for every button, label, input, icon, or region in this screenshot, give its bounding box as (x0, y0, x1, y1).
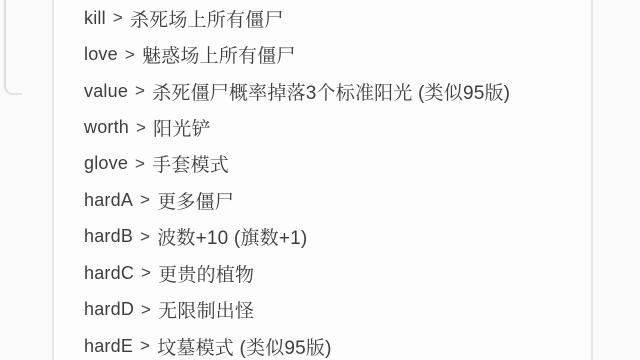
separator-chevron: > (136, 118, 146, 138)
separator-chevron: > (141, 263, 151, 283)
cheat-command: hardC (84, 263, 134, 284)
separator-chevron: > (113, 8, 123, 28)
cheat-command: love (84, 44, 118, 65)
cheat-row: hardA > 更多僵尸 (52, 182, 592, 218)
cheat-description: 坟墓模式 (类似95版) (157, 333, 331, 360)
cheat-command: hardA (84, 190, 133, 211)
separator-chevron: > (135, 81, 145, 101)
cheat-description: 阳光铲 (153, 114, 211, 141)
cheat-row: hardB > 波数+10 (旗数+1) (52, 219, 592, 255)
cheat-row: hardC > 更贵的植物 (52, 255, 592, 291)
cheat-description: 波数+10 (旗数+1) (157, 223, 307, 250)
cheat-command: value (84, 81, 128, 102)
cheat-list: kill > 杀死场上所有僵尸 love > 魅惑场上所有僵尸 value > … (52, 0, 592, 360)
cheat-row: glove > 手套模式 (52, 146, 592, 182)
cheat-description: 杀死场上所有僵尸 (130, 5, 284, 32)
cheat-command: hardD (84, 299, 134, 320)
separator-chevron: > (140, 227, 150, 247)
cheat-row: hardE > 坟墓模式 (类似95版) (52, 328, 592, 360)
separator-chevron: > (141, 300, 151, 320)
separator-chevron: > (135, 154, 145, 174)
separator-chevron: > (140, 336, 150, 356)
cheat-description: 魅惑场上所有僵尸 (142, 41, 296, 68)
cheat-row: worth > 阳光铲 (52, 109, 592, 145)
cheat-command: worth (84, 117, 129, 138)
cheat-description: 杀死僵尸概率掉落3个标准阳光 (类似95版) (152, 78, 510, 105)
cheat-command: kill (84, 8, 106, 29)
cheat-row: kill > 杀死场上所有僵尸 (52, 0, 592, 36)
cheat-command: hardB (84, 226, 133, 247)
cheat-command: glove (84, 153, 128, 174)
cheat-row: hardD > 无限制出怪 (52, 292, 592, 328)
cheat-description: 无限制出怪 (158, 296, 254, 323)
cheat-description: 手套模式 (152, 150, 229, 177)
cheat-command: hardE (84, 336, 133, 357)
cheat-description: 更贵的植物 (158, 260, 254, 287)
cheat-description: 更多僵尸 (157, 187, 234, 214)
separator-chevron: > (125, 45, 135, 65)
cheat-row: value > 杀死僵尸概率掉落3个标准阳光 (类似95版) (52, 73, 592, 109)
cheat-row: love > 魅惑场上所有僵尸 (52, 36, 592, 72)
rounded-corner-fragment (4, 0, 22, 95)
separator-chevron: > (140, 190, 150, 210)
